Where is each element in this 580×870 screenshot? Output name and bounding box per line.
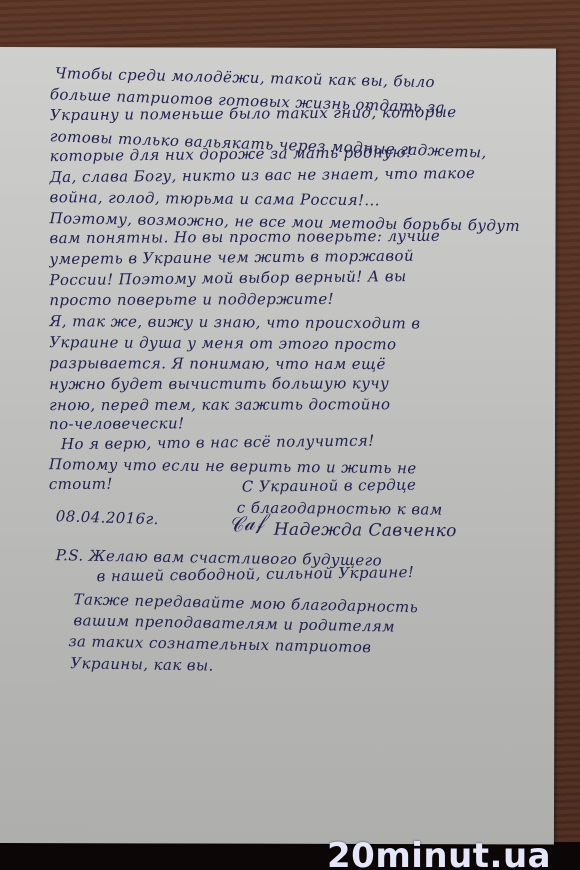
letter-line: война, голод, тюрьма и сама Россия!... (50, 188, 381, 209)
letter-signature: Надежда Савченко (274, 520, 457, 541)
letter-line: умереть в Украине чем жить в торжавой (49, 247, 414, 268)
letter-line: Я, так же, вижу и знаю, что происходит в (49, 312, 420, 332)
letter-line: разрывается. Я понимаю, что нам ещё (49, 354, 386, 373)
letter-line: нужно будет вычистить большую кучу (49, 374, 389, 393)
letter-line: Да, слава Богу, никто из вас не знает, ч… (50, 164, 476, 186)
site-watermark: 20minut.ua (327, 836, 551, 870)
ps-line: за таких сознательных патриотов (68, 632, 371, 656)
letter-line: Украине и душа у меня от этого просто (49, 333, 396, 353)
ps-line: вашим преподавателям и родителям (73, 611, 395, 635)
letter-line: просто поверьте и поддержите! (49, 290, 334, 309)
letter-line: по-человечески! (49, 414, 185, 433)
letter-line: Украину и поменьше было таких гнид, кото… (50, 103, 457, 124)
letter-date: 08.04.2016г. (56, 507, 160, 528)
letter-line: которые для них дороже за мать родную! (50, 143, 413, 165)
closing-line: С Украиной в сердце (242, 476, 417, 496)
letter-line: вам понятны. Но вы просто поверьте: лучш… (49, 227, 440, 247)
letter-line: стоит! (49, 475, 113, 493)
letter-line: России! Поэтому мой выбор верный! А вы (49, 267, 406, 289)
signature-scribble: 𝒞𝒶𝒻 (227, 509, 266, 538)
closing-line: с благодарностью к вам (237, 499, 443, 519)
ps-line: Украины, как вы. (70, 654, 214, 674)
letter-paper: Чтобы среди молодёжи, такой как вы, было… (0, 47, 556, 844)
letter-line: гною, перед тем, как зажить достойно (49, 395, 390, 414)
letter-line: Но я верю, что в нас всё получится! (61, 432, 375, 454)
ps-line: в нашей свободной, сильной Украине! (96, 563, 414, 585)
